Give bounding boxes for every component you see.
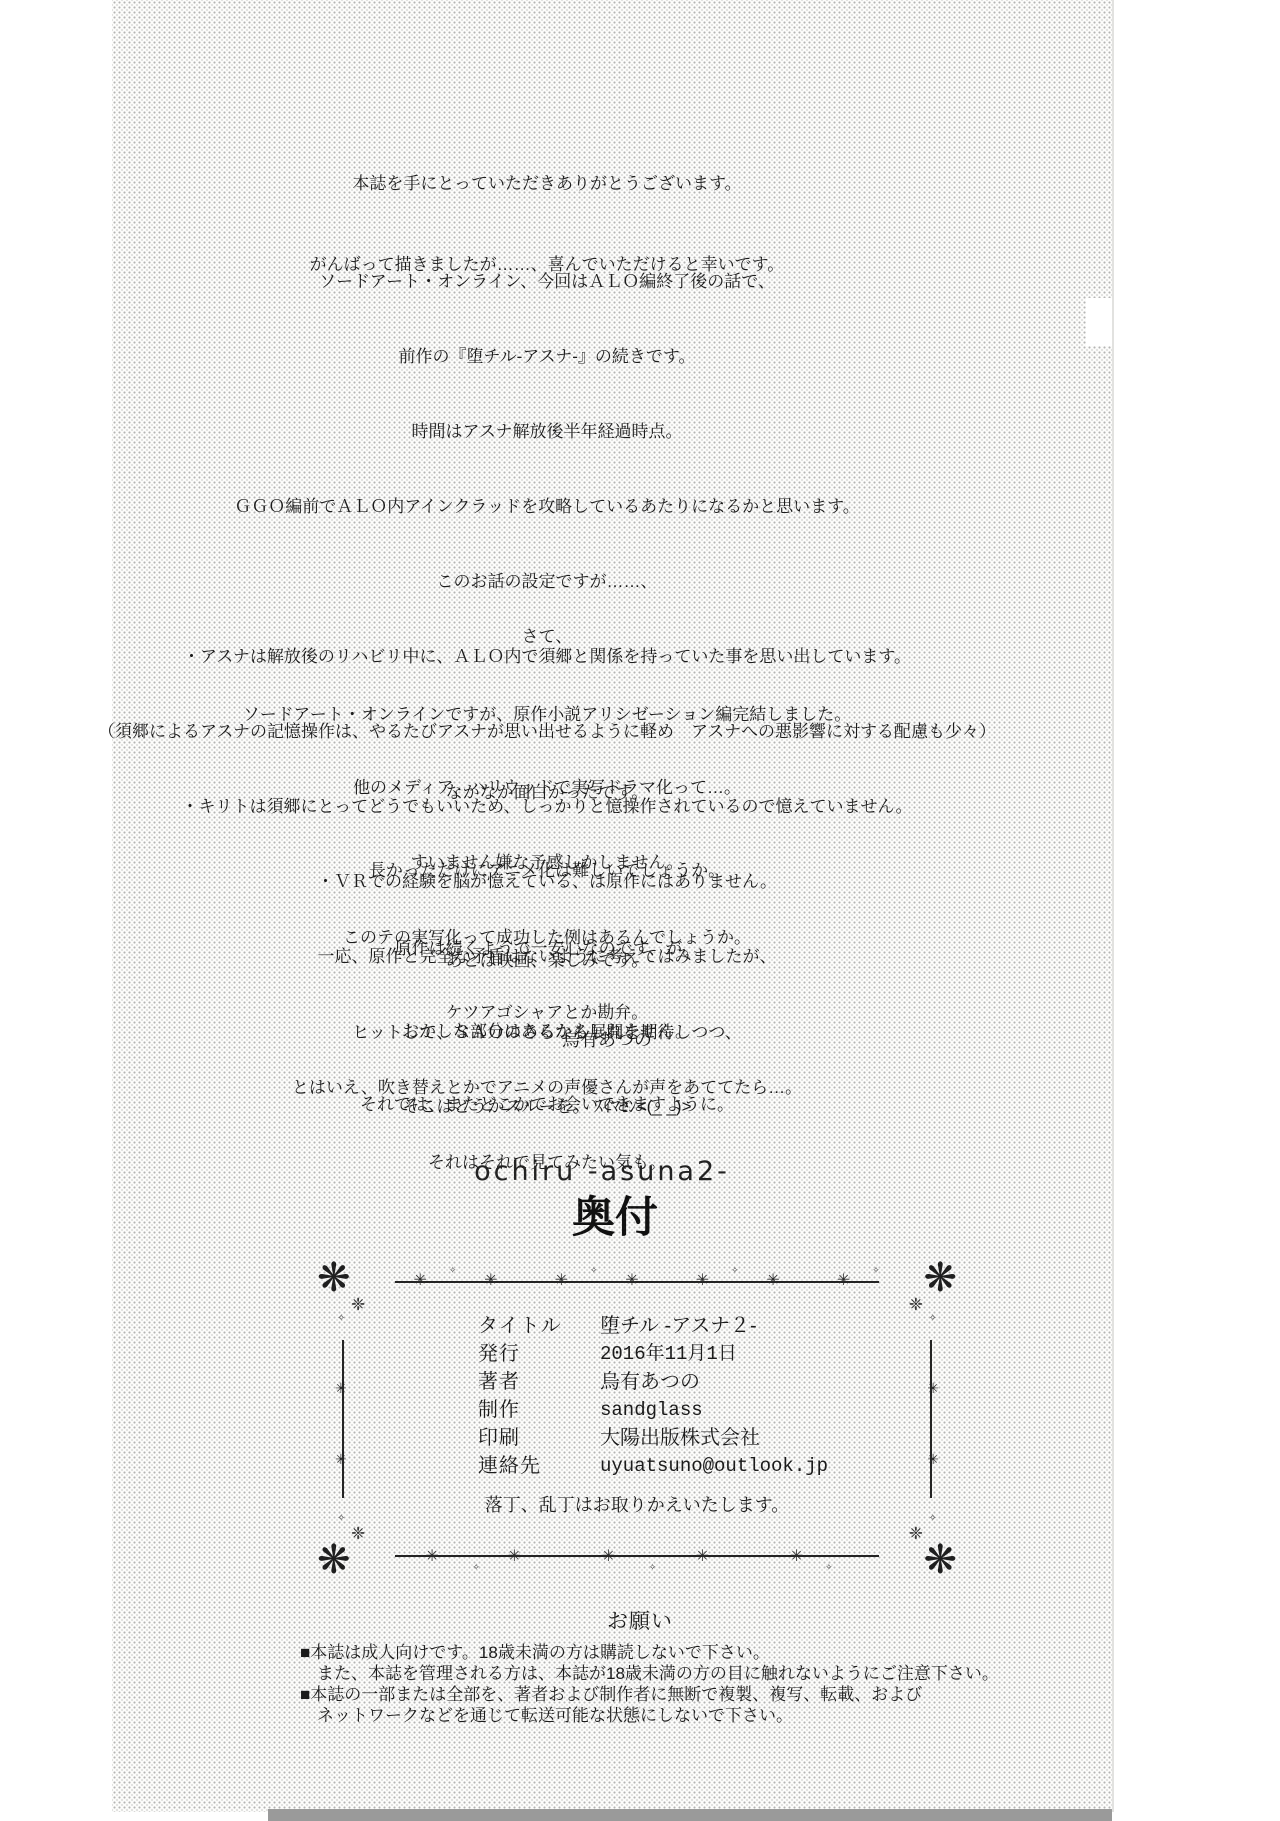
- flower-icon: ❋: [317, 1258, 351, 1298]
- colophon-row: 著者 烏有あつの: [478, 1368, 915, 1396]
- sparkle-icon: ✧: [825, 1563, 833, 1572]
- flower-icon: ✳: [927, 1381, 939, 1395]
- corner-ornament: ❋ ❈ ✧: [883, 1506, 957, 1580]
- flower-icon: ✳: [414, 1273, 427, 1289]
- sparkle-icon: ✧: [449, 1266, 457, 1275]
- sparkle-icon: ✧: [731, 1266, 739, 1275]
- romanized-title: ochiru -asuna2-: [0, 1156, 1204, 1187]
- afterword-line: さて、: [0, 624, 1094, 650]
- flower-icon: ✳: [696, 1273, 709, 1289]
- colophon-label: 制作: [478, 1396, 600, 1424]
- flower-icon: ❈: [909, 1296, 923, 1313]
- flower-icon: ✳: [696, 1549, 709, 1565]
- flower-icon: ✳: [484, 1273, 497, 1289]
- sparkle-icon: ✧: [929, 1314, 937, 1324]
- notice-line: ネットワークなどを通じて転送可能な状態にしないで下さい。: [300, 1705, 1060, 1726]
- notice-line: ■本誌の一部または全部を、著者および制作者に無断で複製、複写、転載、および: [300, 1684, 1060, 1705]
- flower-icon: ✳: [555, 1273, 568, 1289]
- colophon-row: 印刷 大陽出版株式会社: [478, 1424, 915, 1452]
- flower-icon: ❋: [317, 1540, 351, 1580]
- afterword-line: ＧＧＯ編前でＡＬＯ内アインクラッドを攻略しているあたりになるかと思います。: [0, 494, 1094, 519]
- corner-ornament: ❋ ❈ ✧: [317, 1506, 391, 1580]
- flower-icon: ✳: [335, 1381, 347, 1395]
- colophon-value: sandglass: [600, 1396, 915, 1424]
- corner-ornament: ❋ ❈ ✧: [317, 1258, 391, 1332]
- colophon-row: 制作 sandglass: [478, 1396, 915, 1424]
- replacement-notice: 落丁、乱丁はお取りかえいたします。: [343, 1491, 931, 1517]
- afterword-line: あとは映画、楽しみです。: [0, 949, 1094, 973]
- sparkle-icon: ✧: [590, 1266, 598, 1275]
- colophon-label: 著者: [478, 1368, 600, 1396]
- sparkle-icon: ✧: [649, 1563, 657, 1572]
- colophon-table: タイトル 堕チル -アスナ２- 発行 2016年11月1日 著者 烏有あつの 制…: [478, 1312, 915, 1480]
- scan-edge-artifact: [268, 1809, 1112, 1821]
- flower-icon: ✳: [602, 1549, 615, 1565]
- flower-icon: ❋: [923, 1540, 957, 1580]
- sparkle-icon: ✧: [872, 1266, 880, 1275]
- frame-border-right: [930, 1340, 932, 1498]
- colophon-frame: ✳ ✳ ✳ ✳ ✳ ✳ ✳ ✧ ✧ ✧ ✧ ✳ ✳ ✳ ✳ ✳ ✧ ✧ ✧ ✳ …: [343, 1282, 931, 1556]
- afterword-line: 本誌を手にとっていただきありがとうございます。: [0, 170, 1094, 197]
- colophon-value: 堕チル -アスナ２-: [600, 1312, 915, 1340]
- flower-icon: ✳: [766, 1273, 779, 1289]
- sparkle-icon: ✧: [337, 1314, 345, 1324]
- flower-icon: ✳: [790, 1549, 803, 1565]
- colophon-value: 烏有あつの: [600, 1368, 915, 1396]
- okuzuke-heading: 奥付: [0, 1194, 1230, 1242]
- flower-icon: ❋: [923, 1258, 957, 1298]
- flower-icon: ❈: [909, 1525, 923, 1542]
- flower-icon: ✳: [625, 1273, 638, 1289]
- flower-icon: ✳: [508, 1549, 521, 1565]
- afterword-line: 時間はアスナ解放後半年経過時点。: [0, 419, 1094, 444]
- colophon-row: 発行 2016年11月1日: [478, 1340, 915, 1368]
- colophon-row: タイトル 堕チル -アスナ２-: [478, 1312, 915, 1340]
- afterword-line: 他のメディア、ハリウッドで実写ドラマ化って…。: [0, 775, 1094, 800]
- colophon-value: 大陽出版株式会社: [600, 1424, 915, 1452]
- author-signature: 烏有あつの: [0, 1026, 1214, 1052]
- flower-icon: ❈: [351, 1525, 365, 1542]
- flower-icon: ✳: [927, 1452, 939, 1466]
- colophon-label: 連絡先: [478, 1452, 600, 1480]
- colophon-value: 2016年11月1日: [600, 1340, 915, 1368]
- flower-icon: ✳: [425, 1549, 438, 1565]
- doujin-afterword-page: { "afterword": { "block_a": [ "本誌を手にとってい…: [0, 0, 1280, 1821]
- afterword-line: すいません嫌な予感しかしません。: [0, 850, 1094, 875]
- frame-border-left: [342, 1340, 344, 1498]
- onegai-heading: お願い: [0, 1605, 1280, 1635]
- notice-line: また、本誌を管理される方は、本誌が18歳未満の方の目に触れないようにご注意下さい…: [300, 1663, 1060, 1684]
- flower-icon: ❈: [351, 1296, 365, 1313]
- flower-icon: ✳: [837, 1273, 850, 1289]
- notice-list: ■本誌は成人向けです。18歳未満の方は購読しないで下さい。 また、本誌を管理され…: [300, 1642, 1060, 1726]
- colophon-row: 連絡先 uyuatsuno@outlook.jp: [478, 1452, 915, 1480]
- notice-line: ■本誌は成人向けです。18歳未満の方は購読しないで下さい。: [300, 1642, 1060, 1663]
- sparkle-icon: ✧: [472, 1563, 480, 1572]
- colophon-label: 印刷: [478, 1424, 600, 1452]
- colophon-value: uyuatsuno@outlook.jp: [600, 1452, 915, 1480]
- afterword-line: 前作の『堕チル-アスナ-』の続きです。: [0, 344, 1094, 369]
- frame-border-bottom: [395, 1555, 879, 1557]
- afterword-line: ソードアート・オンライン、今回はＡＬＯ編終了後の話で、: [0, 269, 1094, 294]
- paragraph-closing: あとは映画、楽しみです。 ヒットして、ＳＡＯのさらなる展開を期待しつつ、 それで…: [0, 901, 1094, 1141]
- afterword-line: それでは、またどこかでお会いできますように。: [0, 1093, 1094, 1117]
- colophon-label: 発行: [478, 1340, 600, 1368]
- colophon-label: タイトル: [478, 1312, 600, 1340]
- flower-icon: ✳: [335, 1452, 347, 1466]
